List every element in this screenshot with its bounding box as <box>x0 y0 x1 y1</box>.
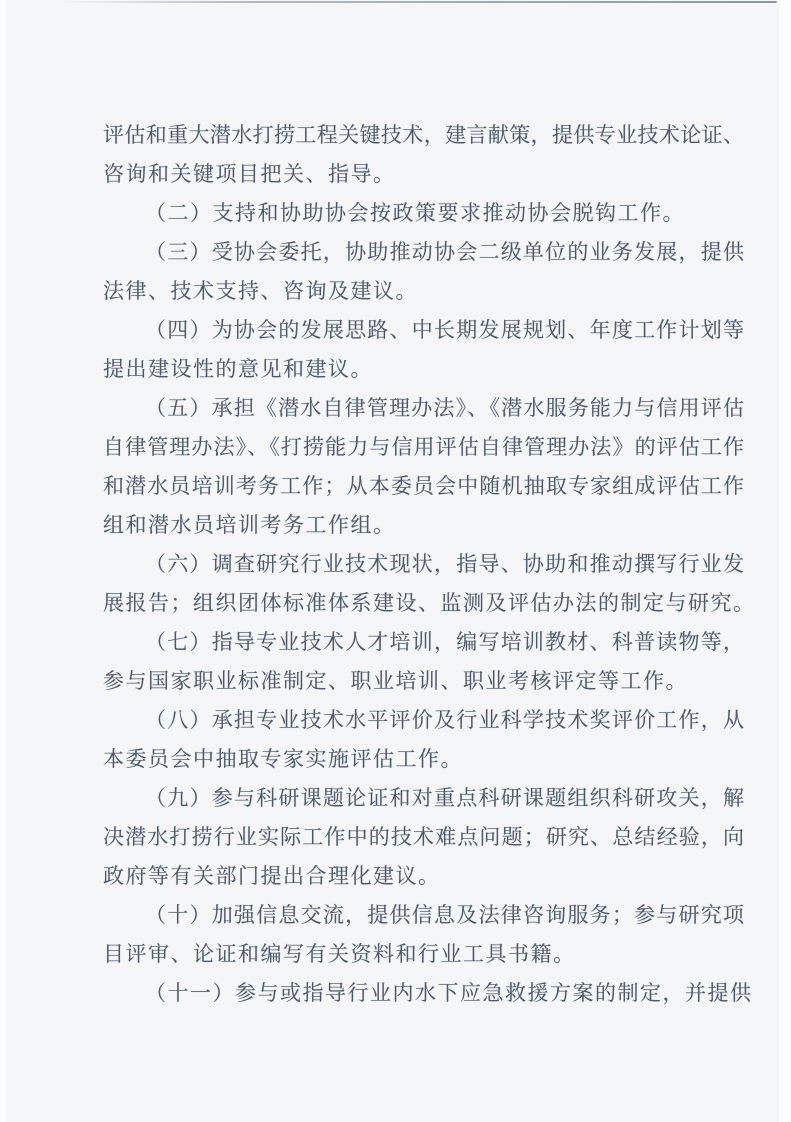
paragraph: （二）支持和协助协会按政策要求推动协会脱钩工作。 <box>103 194 744 233</box>
paragraph: （四）为协会的发展思路、中长期发展规划、年度工作计划等 提出建设性的意见和建议。 <box>103 311 744 389</box>
paragraph: （五）承担《潜水自律管理办法》、《潜水服务能力与信用评估 自律管理办法》、《打捞… <box>103 389 744 545</box>
text-line: 目评审、论证和编写有关资料和行业工具书籍。 <box>103 935 744 974</box>
text-line: 组和潜水员培训考务工作组。 <box>103 506 744 545</box>
paragraph: 评估和重大潜水打捞工程关键技术，建言献策，提供专业技术论证、 咨询和关键项目把关… <box>103 116 744 194</box>
text-line: 决潜水打捞行业实际工作中的技术难点问题；研究、总结经验，向 <box>103 818 744 857</box>
scan-edge-top <box>60 1 777 3</box>
text-line: （九）参与科研课题论证和对重点科研课题组织科研攻关，解 <box>103 779 744 818</box>
paragraph: （十一）参与或指导行业内水下应急救援方案的制定，并提供 <box>103 974 744 1013</box>
text-line: （十一）参与或指导行业内水下应急救援方案的制定，并提供 <box>103 974 744 1013</box>
text-line: 本委员会中抽取专家实施评估工作。 <box>103 740 744 779</box>
text-line: （四）为协会的发展思路、中长期发展规划、年度工作计划等 <box>103 311 744 350</box>
text-line: （五）承担《潜水自律管理办法》、《潜水服务能力与信用评估 <box>103 389 744 428</box>
text-line: 自律管理办法》、《打捞能力与信用评估自律管理办法》的评估工作 <box>103 428 744 467</box>
text-line: 法律、技术支持、咨询及建议。 <box>103 272 744 311</box>
text-line: 政府等有关部门提出合理化建议。 <box>103 857 744 896</box>
paragraph: （七）指导专业技术人才培训，编写培训教材、科普读物等， 参与国家职业标准制定、职… <box>103 623 744 701</box>
text-line: （三）受协会委托，协助推动协会二级单位的业务发展，提供 <box>103 233 744 272</box>
paragraph: （三）受协会委托，协助推动协会二级单位的业务发展，提供 法律、技术支持、咨询及建… <box>103 233 744 311</box>
scan-edge-left <box>0 0 6 1122</box>
text-line: 咨询和关键项目把关、指导。 <box>103 155 744 194</box>
paragraph: （六）调查研究行业技术现状，指导、协助和推动撰写行业发 展报告；组织团体标准体系… <box>103 545 744 623</box>
text-line: 提出建设性的意见和建议。 <box>103 350 744 389</box>
text-line: （六）调查研究行业技术现状，指导、协助和推动撰写行业发 <box>103 545 744 584</box>
text-line: 展报告；组织团体标准体系建设、监测及评估办法的制定与研究。 <box>103 584 744 623</box>
document-body-text: 评估和重大潜水打捞工程关键技术，建言献策，提供专业技术论证、 咨询和关键项目把关… <box>103 116 744 1013</box>
paragraph: （九）参与科研课题论证和对重点科研课题组织科研攻关，解 决潜水打捞行业实际工作中… <box>103 779 744 896</box>
paragraph: （十）加强信息交流，提供信息及法律咨询服务；参与研究项 目评审、论证和编写有关资… <box>103 896 744 974</box>
text-line: 和潜水员培训考务工作；从本委员会中随机抽取专家组成评估工作 <box>103 467 744 506</box>
text-line: （二）支持和协助协会按政策要求推动协会脱钩工作。 <box>103 194 744 233</box>
text-line: 评估和重大潜水打捞工程关键技术，建言献策，提供专业技术论证、 <box>103 116 744 155</box>
paragraph: （八）承担专业技术水平评价及行业科学技术奖评价工作，从 本委员会中抽取专家实施评… <box>103 701 744 779</box>
text-line: 参与国家职业标准制定、职业培训、职业考核评定等工作。 <box>103 662 744 701</box>
text-line: （八）承担专业技术水平评价及行业科学技术奖评价工作，从 <box>103 701 744 740</box>
scan-edge-right <box>779 0 791 1122</box>
text-line: （七）指导专业技术人才培训，编写培训教材、科普读物等， <box>103 623 744 662</box>
scanned-document-page: 评估和重大潜水打捞工程关键技术，建言献策，提供专业技术论证、 咨询和关键项目把关… <box>0 0 791 1122</box>
text-line: （十）加强信息交流，提供信息及法律咨询服务；参与研究项 <box>103 896 744 935</box>
